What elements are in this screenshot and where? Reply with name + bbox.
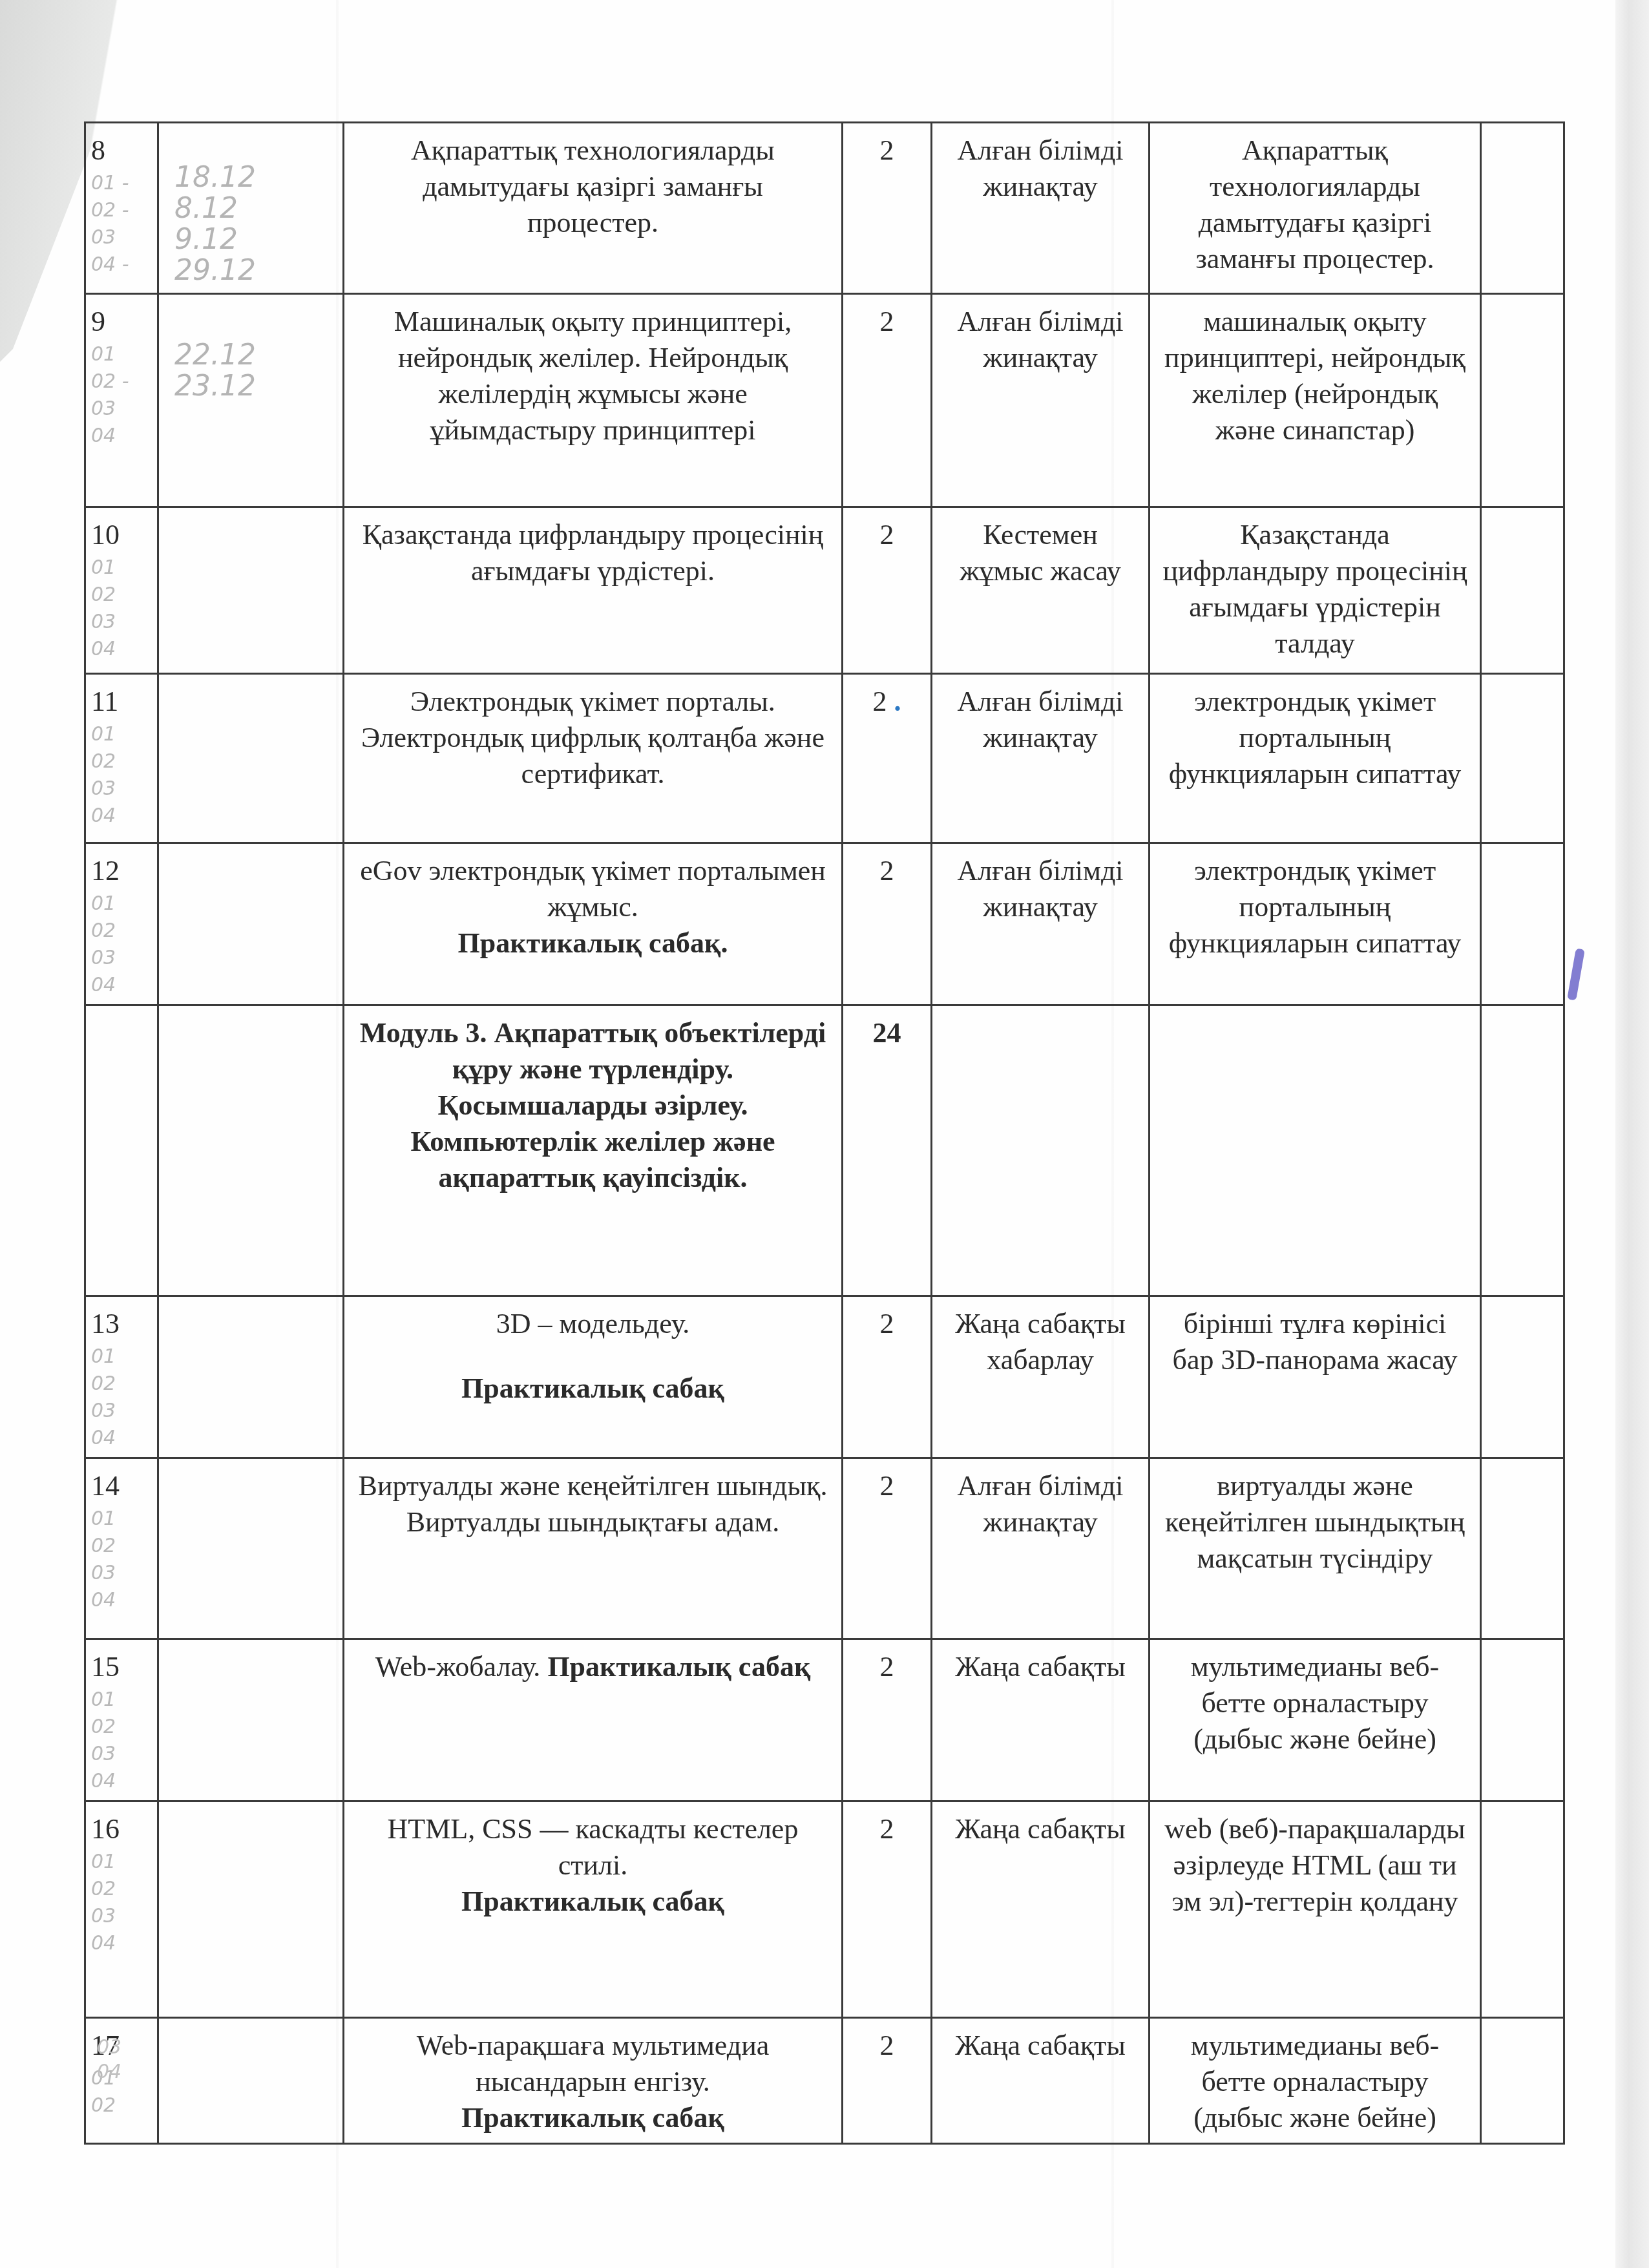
notes-cell[interactable] (1481, 1458, 1564, 1639)
topic-cell: Виртуалды және кеңейтілген шындық. Вирту… (344, 1458, 843, 1639)
handwritten-lesson-code: 01 (91, 1345, 147, 1369)
hours-value: 2 (880, 306, 894, 337)
objective-cell: машиналық оқыту принциптері, нейрондық ж… (1150, 294, 1481, 507)
module-title-cell: Модуль 3. Ақпараттық объектілерді құру ж… (344, 1005, 843, 1296)
row-number-cell: 1201020304 (85, 843, 158, 1005)
handwritten-lesson-code: 03 (91, 610, 147, 635)
topic-text: Web-парақшаға мультимедиа нысандарын енг… (417, 2030, 769, 2097)
blue-pen-mark (1567, 948, 1585, 1000)
date-cell[interactable] (158, 1005, 344, 1296)
handwritten-lesson-code: 03 (91, 1561, 147, 1586)
handwritten-lesson-code: 02 (91, 2094, 147, 2118)
row-number-cell: 1601020304 (85, 1801, 158, 2018)
topic-text: Қазақстанда цифрландыру процесінің ағымд… (362, 519, 824, 587)
handwritten-date: 9.12 (169, 224, 332, 255)
handwritten-lesson-code: 01 (91, 1850, 147, 1874)
topic-text: 3D – модельдеу. (496, 1308, 690, 1339)
hours-value: 2 (880, 134, 894, 166)
topic-text: HTML, CSS — каскадты кестелер стилі. (388, 1813, 799, 1881)
handwritten-lesson-code: 02 (91, 1372, 147, 1396)
date-cell[interactable] (158, 1458, 344, 1639)
hours-value: 24 (873, 1017, 901, 1049)
row-number-cell: 1101020304 (85, 674, 158, 843)
handwritten-lesson-code: 02 (91, 1877, 147, 1902)
date-cell[interactable] (158, 507, 344, 674)
lesson-type-cell: Жаңа сабақты (932, 1801, 1150, 2018)
notes-cell[interactable] (1481, 507, 1564, 674)
lesson-type-cell: Алған білімді жинақтау (932, 843, 1150, 1005)
row-number: 10 (91, 519, 120, 551)
handwritten-lesson-code: 02 (91, 1715, 147, 1739)
table-row: 801 -02 -0304 -18.128.129.1229.12Ақпарат… (85, 123, 1564, 294)
topic-cell: Ақпараттық технологияларды дамытудағы қа… (344, 123, 843, 294)
hours-value: 2 (880, 855, 894, 887)
handwritten-lesson-code: 04 (97, 2060, 121, 2084)
objective-cell: мультимедианы веб-бетте орналастыру (дыб… (1150, 2018, 1481, 2144)
handwritten-lesson-code: 03 (91, 946, 147, 971)
lesson-plan-table-wrapper: 801 -02 -0304 -18.128.129.1229.12Ақпарат… (84, 121, 1565, 2145)
objective-cell (1150, 1005, 1481, 1296)
date-cell[interactable] (158, 2018, 344, 2144)
handwritten-lesson-code: 04 (91, 637, 147, 662)
notes-cell[interactable] (1481, 1005, 1564, 1296)
topic-cell: HTML, CSS — каскадты кестелер стилі.Прак… (344, 1801, 843, 2018)
lesson-type-cell: Кестемен жұмыс жасау (932, 507, 1150, 674)
objective-cell: web (веб)-парақшаларды әзірлеуде HTML (а… (1150, 1801, 1481, 2018)
topic-text: Машиналық оқыту принциптері, нейрондық ж… (394, 306, 792, 446)
practical-lesson-label: Практикалық сабақ (355, 1884, 831, 1920)
table-row: 1401020304Виртуалды және кеңейтілген шын… (85, 1458, 1564, 1639)
notes-cell[interactable] (1481, 674, 1564, 843)
topic-text: Ақпараттық технологияларды дамытудағы қа… (411, 134, 775, 238)
hours-cell: 2 (843, 1639, 932, 1801)
row-number-cell: 801 -02 -0304 - (85, 123, 158, 294)
handwritten-lesson-code: 04 (91, 973, 147, 998)
handwritten-lesson-code: 02 (91, 750, 147, 774)
handwritten-lesson-code: 02 (91, 583, 147, 607)
row-number: 11 (91, 686, 118, 717)
date-cell[interactable]: 22.1223.12 (158, 294, 344, 507)
row-number: 14 (91, 1470, 120, 1502)
lesson-type-cell (932, 1005, 1150, 1296)
handwritten-lesson-code: 04 (91, 424, 147, 448)
topic-cell: 3D – модельдеу.Практикалық сабақ (344, 1296, 843, 1458)
hours-cell: 2 (843, 507, 932, 674)
handwritten-date: 8.12 (169, 193, 332, 224)
table-row: 1001020304Қазақстанда цифрландыру процес… (85, 507, 1564, 674)
lesson-type-cell: Алған білімді жинақтау (932, 1458, 1150, 1639)
notes-cell[interactable] (1481, 1639, 1564, 1801)
practical-lesson-label: Практикалық сабақ (547, 1651, 810, 1683)
handwritten-lesson-code: 03 (91, 1742, 147, 1767)
objective-cell: мультимедианы веб-бетте орналастыру (дыб… (1150, 1639, 1481, 1801)
handwritten-lesson-code: 04 (91, 1769, 147, 1794)
module-title: Модуль 3. Ақпараттық объектілерді құру ж… (355, 1015, 831, 1196)
notes-cell[interactable] (1481, 843, 1564, 1005)
hours-cell: 2 (843, 294, 932, 507)
lesson-type-cell: Жаңа сабақты (932, 2018, 1150, 2144)
date-cell[interactable] (158, 843, 344, 1005)
handwritten-date: 29.12 (169, 255, 332, 286)
row-number-cell: 1401020304 (85, 1458, 158, 1639)
handwritten-lesson-code: 04 (91, 1426, 147, 1451)
notes-cell[interactable] (1481, 2018, 1564, 2144)
topic-cell: Web-парақшаға мультимедиа нысандарын енг… (344, 2018, 843, 2144)
topic-text: Электрондық үкімет порталы. Электрондық … (361, 686, 824, 790)
lesson-type-cell: Алған білімді жинақтау (932, 674, 1150, 843)
hours-cell: 2 (843, 1296, 932, 1458)
topic-cell: Web-жобалау. Практикалық сабақ (344, 1639, 843, 1801)
blue-pen-dot: . (887, 686, 901, 717)
lesson-type-cell: Жаңа сабақты хабарлау (932, 1296, 1150, 1458)
notes-cell[interactable] (1481, 1296, 1564, 1458)
lesson-type-cell: Жаңа сабақты (932, 1639, 1150, 1801)
handwritten-lesson-code: 02 - (91, 198, 147, 223)
topic-text: Web-жобалау. (375, 1651, 548, 1683)
hours-value: 2 (880, 1651, 894, 1683)
hours-cell: 2 . (843, 674, 932, 843)
hours-cell: 2 (843, 1801, 932, 2018)
notes-cell[interactable] (1481, 1801, 1564, 2018)
hours-value: 2 (880, 1308, 894, 1339)
hours-value: 2 (880, 1813, 894, 1845)
handwritten-notes-below-table: 0304 (97, 2035, 121, 2084)
handwritten-lesson-code: 01 (91, 722, 147, 747)
handwritten-lesson-code: 01 (91, 1507, 147, 1531)
handwritten-date: 18.12 (169, 162, 332, 193)
table-row: 1601020304HTML, CSS — каскадты кестелер … (85, 1801, 1564, 2018)
row-number: 8 (91, 134, 105, 166)
objective-cell: виртуалды және кеңейтілген шындықтың мақ… (1150, 1458, 1481, 1639)
hours-value: 2 (880, 2030, 894, 2061)
handwritten-date: 22.12 (169, 340, 332, 371)
handwritten-lesson-code: 02 (91, 919, 147, 943)
handwritten-lesson-code: 01 (91, 342, 147, 367)
objective-cell: электрондық үкімет порталының функциялар… (1150, 674, 1481, 843)
row-number-cell: 1001020304 (85, 507, 158, 674)
row-number: 13 (91, 1308, 120, 1339)
practical-lesson-label: Практикалық сабақ (355, 2100, 831, 2136)
table-row: 1101020304Электрондық үкімет порталы. Эл… (85, 674, 1564, 843)
table-row: Модуль 3. Ақпараттық объектілерді құру ж… (85, 1005, 1564, 1296)
row-number-cell (85, 1005, 158, 1296)
table-row: 1201020304eGov электрондық үкімет портал… (85, 843, 1564, 1005)
lesson-type-cell: Алған білімді жинақтау (932, 294, 1150, 507)
topic-cell: Электрондық үкімет порталы. Электрондық … (344, 674, 843, 843)
topic-cell: Қазақстанда цифрландыру процесінің ағымд… (344, 507, 843, 674)
table-row: 90102 -030422.1223.12Машиналық оқыту при… (85, 294, 1564, 507)
row-number: 16 (91, 1813, 120, 1845)
handwritten-lesson-code: 02 - (91, 370, 147, 394)
handwritten-lesson-code: 04 (91, 1588, 147, 1613)
practical-lesson-label: Практикалық сабақ (355, 1370, 831, 1407)
hours-cell: 2 (843, 1458, 932, 1639)
table-row: 170102Web-парақшаға мультимедиа нысандар… (85, 2018, 1564, 2144)
table-row: 1501020304Web-жобалау. Практикалық сабақ… (85, 1639, 1564, 1801)
hours-cell: 2 (843, 123, 932, 294)
topic-text: Виртуалды және кеңейтілген шындық. Вирту… (359, 1470, 828, 1538)
date-cell[interactable] (158, 1801, 344, 2018)
objective-cell: Қазақстанда цифрландыру процесінің ағымд… (1150, 507, 1481, 674)
hours-value: 2 (880, 519, 894, 551)
scan-right-edge-shadow (1615, 0, 1649, 2268)
date-cell[interactable] (158, 674, 344, 843)
date-cell[interactable] (158, 1639, 344, 1801)
handwritten-lesson-code: 04 (91, 1931, 147, 1956)
handwritten-lesson-code: 01 (91, 1688, 147, 1712)
handwritten-lesson-code: 03 (91, 1399, 147, 1423)
notes-cell[interactable] (1481, 123, 1564, 294)
topic-cell: eGov электрондық үкімет порталымен жұмыс… (344, 843, 843, 1005)
topic-text: eGov электрондық үкімет порталымен жұмыс… (360, 855, 826, 923)
lesson-plan-table: 801 -02 -0304 -18.128.129.1229.12Ақпарат… (84, 121, 1565, 2145)
row-number: 15 (91, 1651, 120, 1683)
practical-lesson-label: Практикалық сабақ. (355, 925, 831, 961)
hours-value: 2 (873, 686, 887, 717)
objective-cell: электрондық үкімет порталының функциялар… (1150, 843, 1481, 1005)
row-number-cell: 1501020304 (85, 1639, 158, 1801)
table-row: 13010203043D – модельдеу.Практикалық саб… (85, 1296, 1564, 1458)
handwritten-lesson-code: 03 (97, 2035, 121, 2060)
handwritten-lesson-code: 04 - (91, 253, 147, 277)
date-cell[interactable]: 18.128.129.1229.12 (158, 123, 344, 294)
handwritten-lesson-code: 01 - (91, 171, 147, 196)
objective-cell: бірінші тұлға көрінісі бар 3D-панорама ж… (1150, 1296, 1481, 1458)
handwritten-lesson-code: 02 (91, 1534, 147, 1559)
handwritten-lesson-code: 04 (91, 804, 147, 828)
row-number-cell: 1301020304 (85, 1296, 158, 1458)
handwritten-date: 23.12 (169, 371, 332, 402)
notes-cell[interactable] (1481, 294, 1564, 507)
lesson-plan-table-body: 801 -02 -0304 -18.128.129.1229.12Ақпарат… (85, 123, 1564, 2144)
handwritten-lesson-code: 01 (91, 556, 147, 580)
hours-cell: 2 (843, 2018, 932, 2144)
handwritten-lesson-code: 03 (91, 397, 147, 421)
handwritten-lesson-code: 03 (91, 777, 147, 801)
objective-cell: Ақпараттық технологияларды дамытудағы қа… (1150, 123, 1481, 294)
row-number: 12 (91, 855, 120, 887)
date-cell[interactable] (158, 1296, 344, 1458)
hours-cell: 2 (843, 843, 932, 1005)
hours-value: 2 (880, 1470, 894, 1502)
hours-cell: 24 (843, 1005, 932, 1296)
handwritten-lesson-code: 01 (91, 892, 147, 916)
row-number: 9 (91, 306, 105, 337)
lesson-type-cell: Алған білімді жинақтау (932, 123, 1150, 294)
handwritten-lesson-code: 03 (91, 226, 147, 250)
topic-cell: Машиналық оқыту принциптері, нейрондық ж… (344, 294, 843, 507)
row-number-cell: 90102 -0304 (85, 294, 158, 507)
handwritten-lesson-code: 03 (91, 1904, 147, 1929)
